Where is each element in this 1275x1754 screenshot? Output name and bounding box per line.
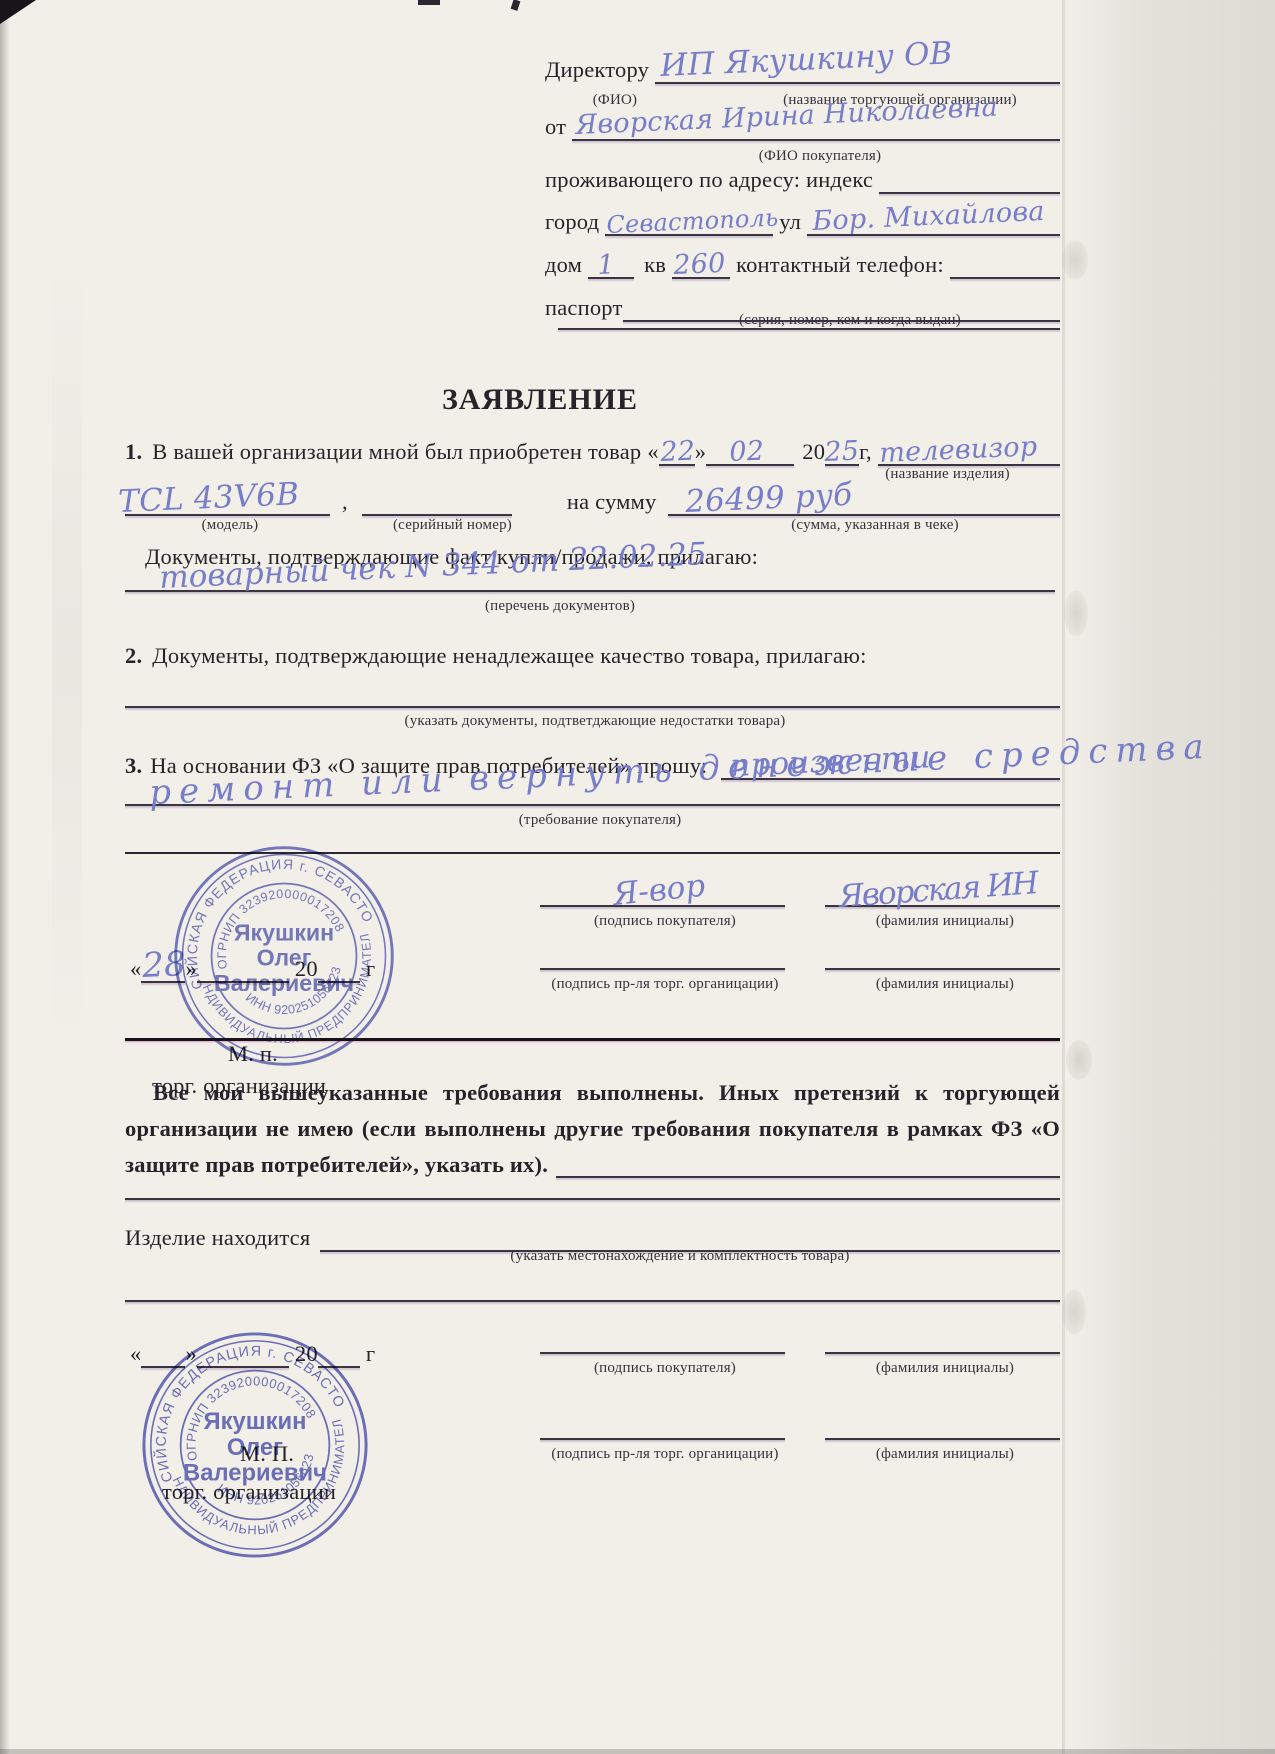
product-handwritten: телевизор — [879, 433, 1038, 467]
scan-artifact — [1062, 1290, 1086, 1334]
docs-write-line: товарный чек N 344 от 22.02.25 — [125, 556, 1055, 592]
purchase-day-handwritten: 22 — [660, 438, 696, 466]
request-handwritten-rest: ремонт или вернуть денежные средства — [149, 730, 1213, 810]
from-row: от Яворская Ирина Николаевна — [545, 113, 1060, 141]
director-handwritten-value: ИП Якушкину ОВ — [660, 38, 954, 82]
item2-number: 2. — [125, 642, 142, 670]
house-label: дом — [545, 251, 582, 279]
org-name-sub-bottom: (фамилия инициалы) — [845, 1446, 1045, 1463]
street-label: ул — [779, 208, 801, 236]
item1-lead-text: В вашей организации мной был приобретен … — [152, 438, 641, 466]
quote-close: » — [695, 438, 706, 466]
passport-sub-label: (серия, номер, кем и когда выдан) — [695, 312, 1005, 329]
location-label: Изделие находится — [125, 1224, 310, 1252]
street-handwritten: Бор. Михайлова — [812, 198, 1045, 235]
serial-write-line — [362, 514, 512, 516]
apt-handwritten: 260 — [673, 250, 726, 279]
model-handwritten: TCL 43V6B — [118, 479, 300, 518]
scan-artifact — [1062, 240, 1088, 280]
model-sub-label: (модель) — [135, 517, 325, 534]
sum-handwritten: 26499 руб — [685, 480, 853, 518]
bottom-blank-line — [125, 1268, 1060, 1302]
scan-edge-right — [1063, 0, 1275, 1754]
apt-label: кв — [644, 251, 666, 279]
city-label: город — [545, 208, 599, 236]
scan-artifact — [418, 0, 440, 5]
passport-label: паспорт — [545, 294, 623, 322]
stamp-name-line1: Якушкин — [234, 920, 334, 946]
org-name-line-bottom — [825, 1408, 1060, 1440]
buyer-signature-line-top: Я-вор — [540, 875, 785, 907]
scan-corner-mark — [0, 0, 36, 24]
purchase-month-handwritten: 02 — [729, 438, 765, 466]
item2-text: Документы, подтверждающие ненадлежащее к… — [152, 642, 866, 670]
closing-paragraph-line2: организации не имею (если выполнены друг… — [125, 1116, 1060, 1142]
item1-number: 1. — [125, 438, 142, 466]
buyer-name-sub-top: (фамилия инициалы) — [845, 913, 1045, 930]
comma-separator: , — [342, 488, 348, 516]
scan-artifact — [1064, 590, 1088, 636]
buyer-signature-sub-top: (подпись покупателя) — [545, 913, 785, 930]
item2-line: 2. Документы, подтверждающие ненадлежаще… — [125, 642, 1060, 670]
docs-sub-label: (перечень документов) — [440, 598, 680, 615]
buyer-signature-handwritten: Я-вор — [612, 871, 707, 911]
org-name-sub-top: (фамилия инициалы) — [845, 976, 1045, 993]
stamp-name-line3: Валериевич — [214, 970, 354, 996]
house-write-line: 1 — [588, 277, 634, 279]
quote-open: « — [647, 438, 658, 466]
purchase-year-handwritten: 25 — [824, 438, 860, 466]
sum-label: на сумму — [567, 488, 657, 516]
item2-sub-label: (указать документы, подтветджающие недос… — [380, 713, 810, 730]
purchase-month-line: 02 — [706, 464, 794, 466]
extra-blank-line — [558, 328, 1060, 330]
org-signature-line-bottom — [540, 1408, 785, 1440]
city-street-row: город Севастополь ул Бор. Михайлова — [545, 208, 1060, 236]
org-signature-line-top — [540, 938, 785, 970]
quote-open: « — [130, 955, 141, 983]
location-sub-label: (указать местонахождение и комплектность… — [495, 1248, 865, 1265]
stamp-name-line3: Валериевич — [183, 1460, 327, 1487]
city-write-line: Севастополь — [605, 234, 773, 236]
page-title: ЗАЯВЛЕНИЕ — [125, 383, 955, 417]
director-label: Директору — [545, 56, 649, 84]
stamp-name-line1: Якушкин — [204, 1408, 307, 1435]
postal-index-line — [879, 192, 1060, 194]
item1-line2: TCL 43V6B , на сумму 26499 руб — [125, 488, 1060, 516]
house-phone-row: дом 1 кв 260 контактный телефон: — [545, 251, 1060, 279]
director-write-line: ИП Якушкину ОВ — [655, 82, 1060, 84]
stamp-name-line2: Олег — [227, 1434, 283, 1461]
buyer-name-sign-handwritten: Яворская ИН — [838, 868, 1038, 913]
buyer-fio-sub-label: (ФИО покупателя) — [690, 148, 950, 165]
scan-artifact — [511, 0, 521, 11]
item3-sub-label: (требование покупателя) — [470, 812, 730, 829]
phone-write-line — [950, 277, 1060, 279]
city-handwritten: Севастополь — [606, 206, 779, 237]
request-write-line2: ремонт или вернуть денежные средства — [125, 768, 1060, 806]
apt-write-line: 260 — [672, 277, 730, 279]
scan-edge-left — [0, 0, 10, 1754]
sum-sub-label: (сумма, указанная в чеке) — [725, 517, 1025, 534]
purchase-day-line: 22 — [659, 464, 695, 466]
buyer-name-line-bottom — [825, 1322, 1060, 1354]
buyer-name-line-top: Яворская ИН — [825, 875, 1060, 907]
separator-line-thick — [125, 1038, 1060, 1041]
street-write-line: Бор. Михайлова — [807, 234, 1060, 236]
from-label: от — [545, 113, 566, 141]
closing-paragraph-line1: Все мои вышеуказанные требования выполне… — [125, 1080, 1060, 1106]
org-signature-sub-top: (подпись пр-ля торг. органицации) — [530, 976, 800, 993]
scan-artifact — [1066, 1040, 1092, 1080]
house-handwritten: 1 — [597, 251, 616, 279]
closing-extra-blank-line — [125, 1168, 1060, 1200]
scan-edge-bottom — [0, 1749, 1275, 1754]
stamp-name-line2: Олег — [257, 945, 312, 971]
from-write-line: Яворская Ирина Николаевна — [572, 139, 1060, 141]
buyer-signature-line-bottom — [540, 1322, 785, 1354]
org-signature-sub-bottom: (подпись пр-ля торг. органицации) — [530, 1446, 800, 1463]
model-write-line: TCL 43V6B — [125, 514, 330, 516]
scanned-claim-form: Директору ИП Якушкину ОВ (ФИО) (название… — [0, 0, 1275, 1754]
org-name-line-top — [825, 938, 1060, 970]
phone-label: контактный телефон: — [736, 251, 944, 279]
sum-write-line: 26499 руб — [668, 514, 1060, 516]
year-suffix: г, — [859, 438, 872, 466]
org-round-stamp: РОССИЙСКАЯ ФЕДЕРАЦИЯ г. СЕВАСТОПОЛЬ ★ ИН… — [136, 1326, 374, 1564]
item2-blank-line — [125, 672, 1060, 708]
item1-line1: 1. В вашей организации мной был приобрет… — [125, 438, 1060, 466]
address-row: проживающего по адресу: индекс — [545, 166, 1060, 194]
buyer-signature-sub-bottom: (подпись покупателя) — [545, 1360, 785, 1377]
address-label: проживающего по адресу: индекс — [545, 166, 873, 194]
year-prefix: 20 — [802, 438, 825, 466]
product-sub-label: (название изделия) — [830, 466, 1065, 483]
director-row: Директору ИП Якушкину ОВ — [545, 56, 1060, 84]
buyer-name-sub-bottom: (фамилия инициалы) — [845, 1360, 1045, 1377]
serial-sub-label: (серийный номер) — [345, 517, 560, 534]
scan-artifact — [52, 250, 82, 1050]
